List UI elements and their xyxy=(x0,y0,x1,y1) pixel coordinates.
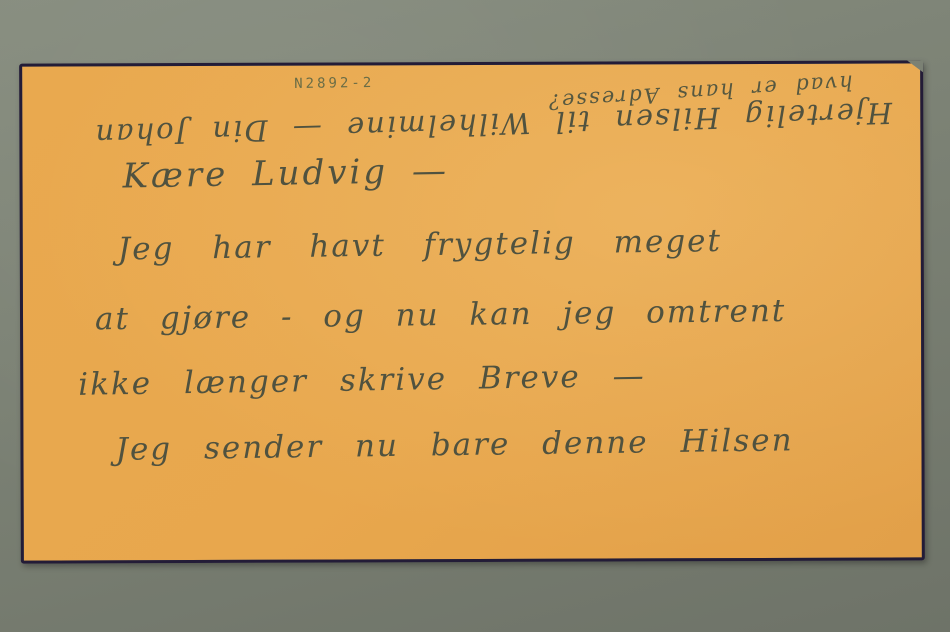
photo-backdrop: N2892-2 hvad er hans Adresse? Hjertelig … xyxy=(0,0,950,632)
handwriting-line: Jeg sender nu bare denne Hilsen xyxy=(115,422,794,467)
handwriting-line: ikke længer skrive Breve — xyxy=(78,358,646,403)
salutation-line: Kære Ludvig — xyxy=(122,151,449,197)
handwriting-line: Jeg har havt frygtelig meget xyxy=(118,223,723,267)
handwriting-line: at gjøre - og nu kan jeg omtrent xyxy=(95,293,787,337)
letter-card: N2892-2 hvad er hans Adresse? Hjertelig … xyxy=(19,60,925,563)
archive-label: N2892-2 xyxy=(294,75,374,92)
